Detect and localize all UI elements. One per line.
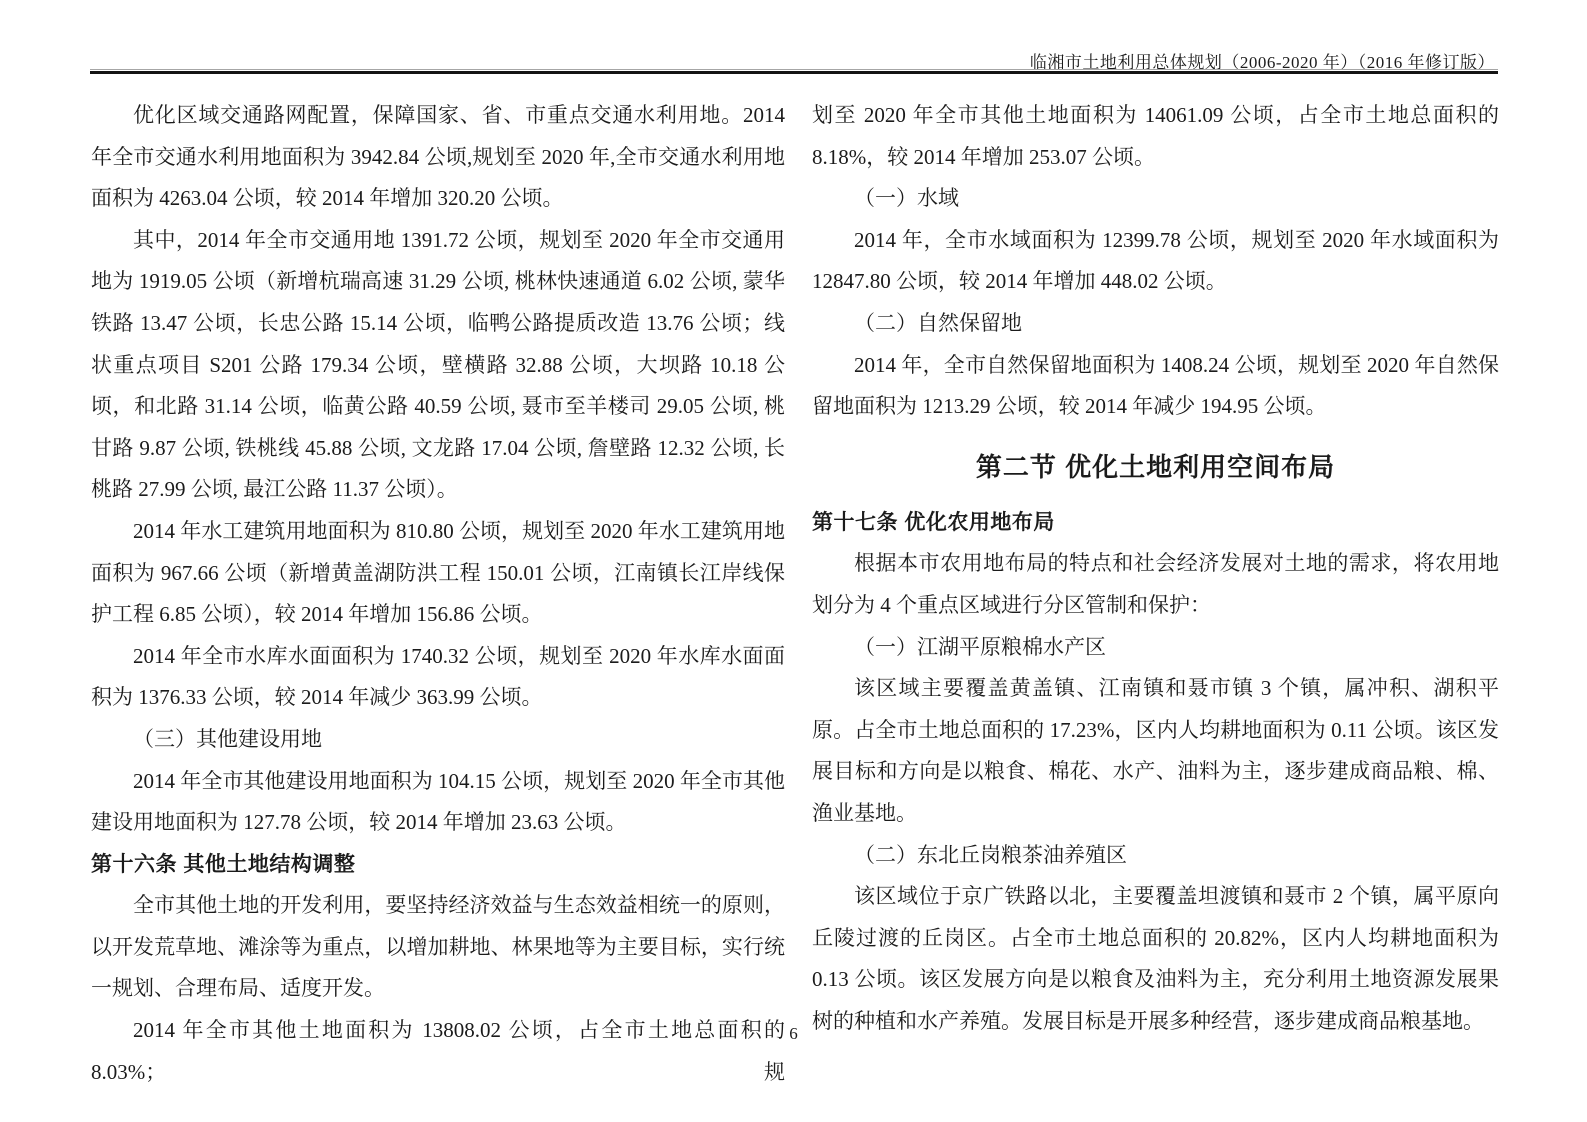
- header-rule-thin-line: [90, 69, 1498, 70]
- right-text-column: 划至 2020 年全市其他土地面积为 14061.09 公顷，占全市土地总面积的…: [812, 95, 1499, 1042]
- page-number: 6: [0, 1024, 1587, 1044]
- paragraph: 该区域主要覆盖黄盖镇、江南镇和聂市镇 3 个镇，属冲积、湖积平原。占全市土地总面…: [812, 668, 1499, 834]
- paragraph: （二）自然保留地: [812, 303, 1499, 345]
- paragraph: 2014 年，全市水域面积为 12399.78 公顷，规划至 2020 年水域面…: [812, 220, 1499, 303]
- article-heading: 第十六条 其他土地结构调整: [91, 844, 785, 886]
- document-page: 临湘市土地利用总体规划（2006-2020 年）（2016 年修订版） 优化区域…: [0, 0, 1587, 1122]
- paragraph: 2014 年水工建筑用地面积为 810.80 公顷，规划至 2020 年水工建筑…: [91, 511, 785, 636]
- left-text-column: 优化区域交通路网配置，保障国家、省、市重点交通水利用地。2014 年全市交通水利…: [91, 95, 785, 1093]
- paragraph: 其中，2014 年全市交通用地 1391.72 公顷，规划至 2020 年全市交…: [91, 220, 785, 511]
- paragraph: 2014 年全市水库水面面积为 1740.32 公顷，规划至 2020 年水库水…: [91, 636, 785, 719]
- article-heading: 第十七条 优化农用地布局: [812, 502, 1499, 544]
- paragraph: 全市其他土地的开发利用，要坚持经济效益与生态效益相统一的原则，以开发荒草地、滩涂…: [91, 885, 785, 1010]
- paragraph: 根据本市农用地布局的特点和社会经济发展对土地的需求，将农用地划分为 4 个重点区…: [812, 543, 1499, 626]
- paragraph: （二）东北丘岗粮茶油养殖区: [812, 835, 1499, 877]
- paragraph: 划至 2020 年全市其他土地面积为 14061.09 公顷，占全市土地总面积的…: [812, 95, 1499, 178]
- paragraph: 2014 年，全市自然保留地面积为 1408.24 公顷，规划至 2020 年自…: [812, 345, 1499, 428]
- header-rule-thick-line: [90, 71, 1498, 74]
- paragraph: 该区域位于京广铁路以北，主要覆盖坦渡镇和聂市 2 个镇，属平原向丘陵过渡的丘岗区…: [812, 876, 1499, 1042]
- header-rule: [90, 69, 1498, 74]
- paragraph: （一）水域: [812, 178, 1499, 220]
- section-heading: 第二节 优化土地利用空间布局: [812, 444, 1499, 490]
- paragraph: （三）其他建设用地: [91, 719, 785, 761]
- paragraph: 2014 年全市其他建设用地面积为 104.15 公顷，规划至 2020 年全市…: [91, 761, 785, 844]
- paragraph: （一）江湖平原粮棉水产区: [812, 627, 1499, 669]
- paragraph: 2014 年全市其他土地面积为 13808.02 公顷，占全市土地总面积的 8.…: [91, 1010, 785, 1093]
- paragraph: 优化区域交通路网配置，保障国家、省、市重点交通水利用地。2014 年全市交通水利…: [91, 95, 785, 220]
